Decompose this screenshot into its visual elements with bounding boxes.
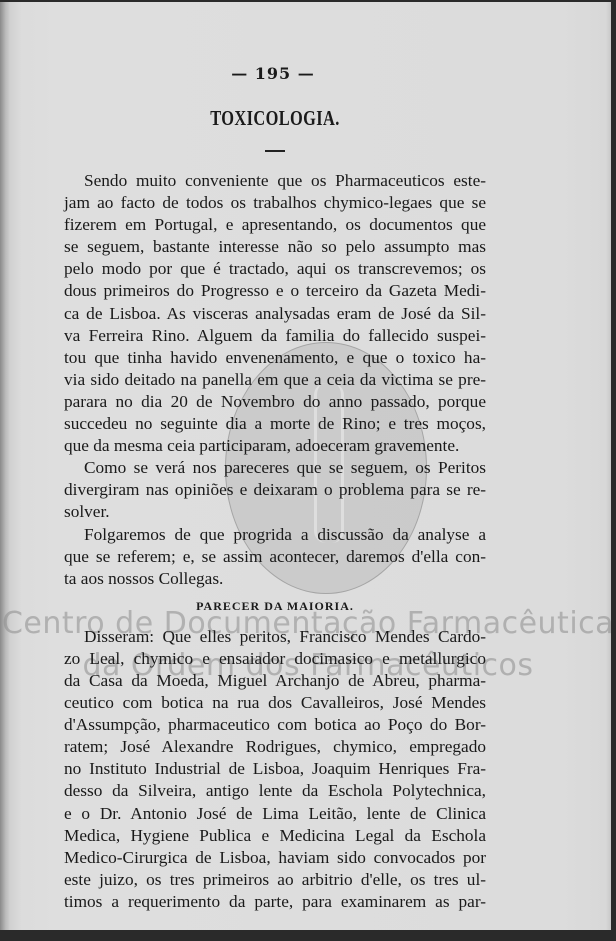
page-content: — 195 — TOXICOLOGIA. Sendo muito conveni… — [64, 64, 486, 913]
text-line: ca de Lisboa. As visceras analysadas era… — [64, 303, 486, 325]
text-line: que se referem; e, se assim acontecer, d… — [64, 546, 486, 568]
text-line: desso da Silveira, antigo lente da Escho… — [64, 780, 486, 802]
intro-paragraph-1: Sendo muito conveniente que os Pharmaceu… — [64, 170, 486, 457]
text-line: ratem; José Alexandre Rodrigues, chymico… — [64, 736, 486, 758]
text-line: tou que tinha havido envenenamento, e qu… — [64, 347, 486, 369]
text-line: divergiram nas opiniões e deixaram o pro… — [64, 479, 486, 501]
text-line: jam ao facto de todos os trabalhos chymi… — [64, 192, 486, 214]
title-rule-divider — [265, 150, 285, 152]
text-line: Medica, Hygiene Publica e Medicina Legal… — [64, 825, 486, 847]
subheading-parecer-maioria: PARECER DA MAIORIA. — [64, 599, 486, 615]
text-line: succedeu no seguinte dia a morte de Rino… — [64, 413, 486, 435]
intro-paragraph-3: Folgaremos de que progrida a discussão d… — [64, 524, 486, 590]
text-line: este juizo, os tres primeiros ao arbitri… — [64, 869, 486, 891]
page-number: — 195 — — [60, 64, 486, 86]
text-line: Como se verá nos pareceres que se seguem… — [64, 457, 486, 479]
text-line: va Ferreira Rino. Alguem da familia do f… — [64, 325, 486, 347]
text-line: dous primeiros do Progresso e o terceiro… — [64, 280, 486, 302]
book-spine-shadow — [0, 2, 10, 930]
text-line: ta aos nossos Collegas. — [64, 568, 486, 590]
text-line: via sido deitado na panella em que a cei… — [64, 369, 486, 391]
text-line: ceutico com botica na rua dos Cavalleiro… — [64, 692, 486, 714]
text-line: solver. — [64, 501, 486, 523]
text-line: fizerem em Portugal, e apresentando, os … — [64, 214, 486, 236]
text-line: se seguem, bastante interesse não so pel… — [64, 236, 486, 258]
text-line: da Casa da Moeda, Miguel Archanjo de Abr… — [64, 670, 486, 692]
text-line: Disseram: Que elles peritos, Francisco M… — [64, 626, 486, 648]
intro-paragraph-2: Como se verá nos pareceres que se seguem… — [64, 457, 486, 523]
section-title: TOXICOLOGIA. — [110, 106, 439, 132]
text-line: d'Assumpção, pharmaceutico com botica ao… — [64, 714, 486, 736]
text-line: Sendo muito conveniente que os Pharmaceu… — [64, 170, 486, 192]
text-line: Medico-Cirurgica de Lisboa, haviam sido … — [64, 847, 486, 869]
text-line: timos a requerimento da parte, para exam… — [64, 891, 486, 913]
text-line: no Instituto Industrial de Lisboa, Joaqu… — [64, 758, 486, 780]
text-line: parara no dia 20 de Novembro do anno pas… — [64, 391, 486, 413]
text-line: que da mesma ceia participaram, adoecera… — [64, 435, 486, 457]
text-line: e o Dr. Antonio José de Lima Leitão, len… — [64, 803, 486, 825]
text-line: Folgaremos de que progrida a discussão d… — [64, 524, 486, 546]
text-line: zo Leal, chymico e ensaiador docimasico … — [64, 648, 486, 670]
text-line: pelo modo por que é tractado, aqui os tr… — [64, 258, 486, 280]
body-paragraph: Disseram: Que elles peritos, Francisco M… — [64, 626, 486, 913]
scanned-page: Centro de Documentação Farmacêutica da O… — [0, 2, 611, 930]
